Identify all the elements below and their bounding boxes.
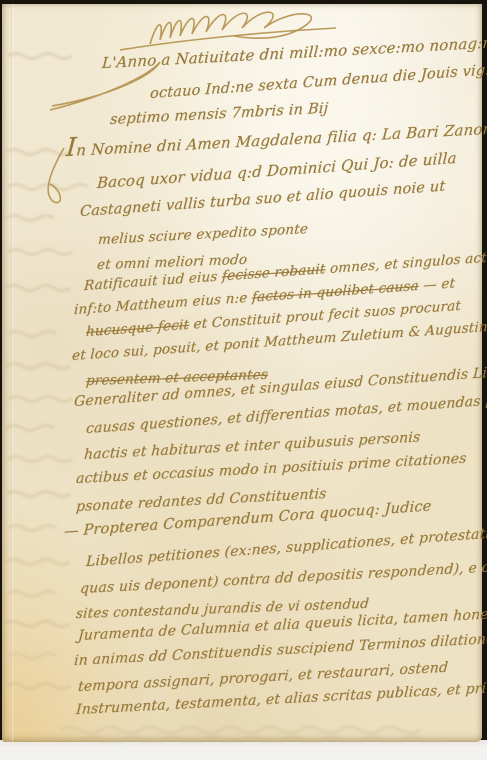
paper-edge-fold (11, 4, 14, 742)
manuscript-line: septimo mensis 7mbris in Bij (109, 101, 328, 129)
manuscript-text: omnes, et singulos actus p (325, 248, 487, 277)
manuscript-text: — et (418, 275, 455, 294)
paper-sheet: L'Anno a Natiuitate dni mill:mo sexce:mo… (2, 4, 482, 742)
manuscript-line: melius sciure expedito sponte (97, 221, 308, 248)
scanned-manuscript-page: L'Anno a Natiuitate dni mill:mo sexce:mo… (0, 0, 487, 760)
struck-text: hucusque fecit (86, 317, 190, 340)
scanner-background (0, 740, 487, 760)
initial-swash-icon (48, 148, 64, 203)
